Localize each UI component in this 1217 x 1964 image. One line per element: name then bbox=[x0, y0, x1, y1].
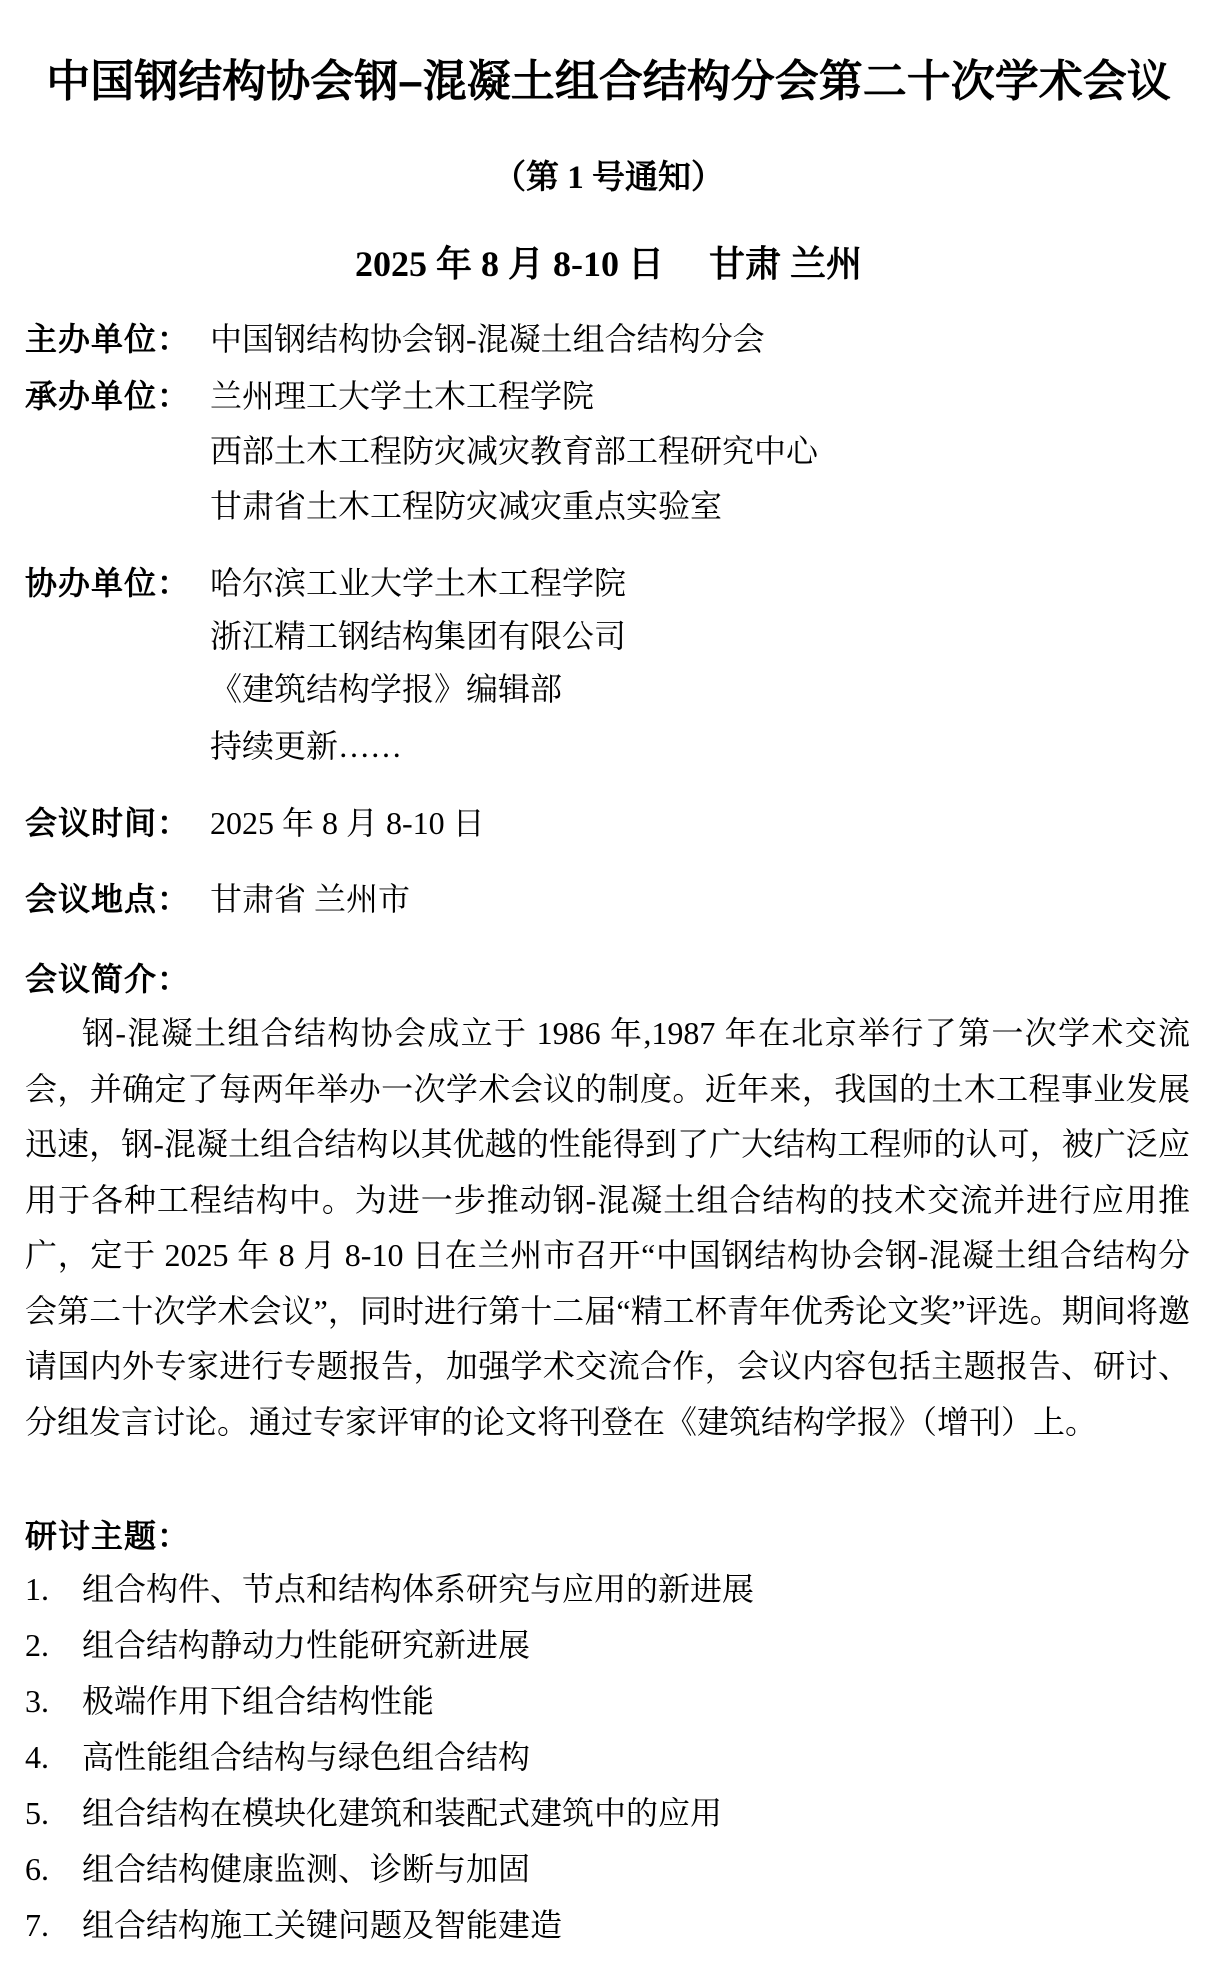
co-organizer-label: 协办单位： bbox=[25, 563, 210, 603]
topic-number-4: 4. bbox=[25, 1737, 82, 1777]
topic-item-4: 4.高性能组合结构与绿色组合结构 bbox=[25, 1737, 530, 1777]
co-organizer-value-4: 持续更新…… bbox=[210, 726, 402, 766]
topic-number-6: 6. bbox=[25, 1849, 82, 1889]
meeting-time-label: 会议时间： bbox=[25, 803, 210, 843]
topic-number-5: 5. bbox=[25, 1793, 82, 1833]
topics-heading: 研讨主题： bbox=[25, 1516, 190, 1556]
topic-number-2: 2. bbox=[25, 1625, 82, 1665]
organizer-row: 承办单位：兰州理工大学土木工程学院 bbox=[25, 376, 594, 416]
host-value: 中国钢结构协会钢-混凝土组合结构分会 bbox=[210, 321, 765, 357]
conference-notice-document: 中国钢结构协会钢–混凝土组合结构分会第二十次学术会议 （第 1 号通知） 202… bbox=[0, 0, 1217, 1964]
topic-number-7: 7. bbox=[25, 1905, 82, 1945]
topic-item-5: 5.组合结构在模块化建筑和装配式建筑中的应用 bbox=[25, 1793, 722, 1833]
organizer-value-2: 西部土木工程防灾减灾教育部工程研究中心 bbox=[210, 431, 818, 471]
topic-text-2: 组合结构静动力性能研究新进展 bbox=[82, 1627, 530, 1663]
co-organizer-value-2: 浙江精工钢结构集团有限公司 bbox=[210, 616, 626, 656]
organizer-value-3: 甘肃省土木工程防灾减灾重点实验室 bbox=[210, 486, 722, 526]
topic-item-3: 3.极端作用下组合结构性能 bbox=[25, 1681, 434, 1721]
co-organizer-row: 协办单位：哈尔滨工业大学土木工程学院 bbox=[25, 563, 626, 603]
co-organizer-value-3: 《建筑结构学报》编辑部 bbox=[210, 669, 562, 709]
host-label: 主办单位： bbox=[25, 319, 210, 359]
intro-paragraph: 钢-混凝土组合结构协会成立于 1986 年,1987 年在北京举行了第一次学术交… bbox=[25, 1006, 1190, 1450]
topic-text-5: 组合结构在模块化建筑和装配式建筑中的应用 bbox=[82, 1795, 722, 1831]
topic-number-1: 1. bbox=[25, 1569, 82, 1609]
organizer-value-1: 兰州理工大学土木工程学院 bbox=[210, 378, 594, 414]
notice-number: （第 1 号通知） bbox=[0, 159, 1217, 199]
topic-item-7: 7.组合结构施工关键问题及智能建造 bbox=[25, 1905, 562, 1945]
co-organizer-value-1: 哈尔滨工业大学土木工程学院 bbox=[210, 565, 626, 601]
topic-text-1: 组合构件、节点和结构体系研究与应用的新进展 bbox=[82, 1571, 754, 1607]
intro-heading: 会议简介： bbox=[25, 959, 190, 999]
topic-text-3: 极端作用下组合结构性能 bbox=[82, 1683, 434, 1719]
date-location-line: 2025 年 8 月 8-10 日 甘肃 兰州 bbox=[0, 243, 1217, 286]
host-row: 主办单位：中国钢结构协会钢-混凝土组合结构分会 bbox=[25, 319, 765, 359]
topic-item-6: 6.组合结构健康监测、诊断与加固 bbox=[25, 1849, 530, 1889]
topic-number-3: 3. bbox=[25, 1681, 82, 1721]
page-title: 中国钢结构协会钢–混凝土组合结构分会第二十次学术会议 bbox=[0, 56, 1217, 109]
meeting-time-row: 会议时间：2025 年 8 月 8-10 日 bbox=[25, 803, 485, 843]
topic-text-7: 组合结构施工关键问题及智能建造 bbox=[82, 1907, 562, 1943]
meeting-time-value: 2025 年 8 月 8-10 日 bbox=[210, 805, 485, 841]
topic-item-2: 2.组合结构静动力性能研究新进展 bbox=[25, 1625, 530, 1665]
organizer-label: 承办单位： bbox=[25, 376, 210, 416]
topic-text-4: 高性能组合结构与绿色组合结构 bbox=[82, 1739, 530, 1775]
meeting-place-label: 会议地点： bbox=[25, 879, 210, 919]
meeting-place-value: 甘肃省 兰州市 bbox=[210, 881, 410, 917]
topic-item-1: 1.组合构件、节点和结构体系研究与应用的新进展 bbox=[25, 1569, 754, 1609]
topic-text-6: 组合结构健康监测、诊断与加固 bbox=[82, 1851, 530, 1887]
meeting-place-row: 会议地点：甘肃省 兰州市 bbox=[25, 879, 410, 919]
